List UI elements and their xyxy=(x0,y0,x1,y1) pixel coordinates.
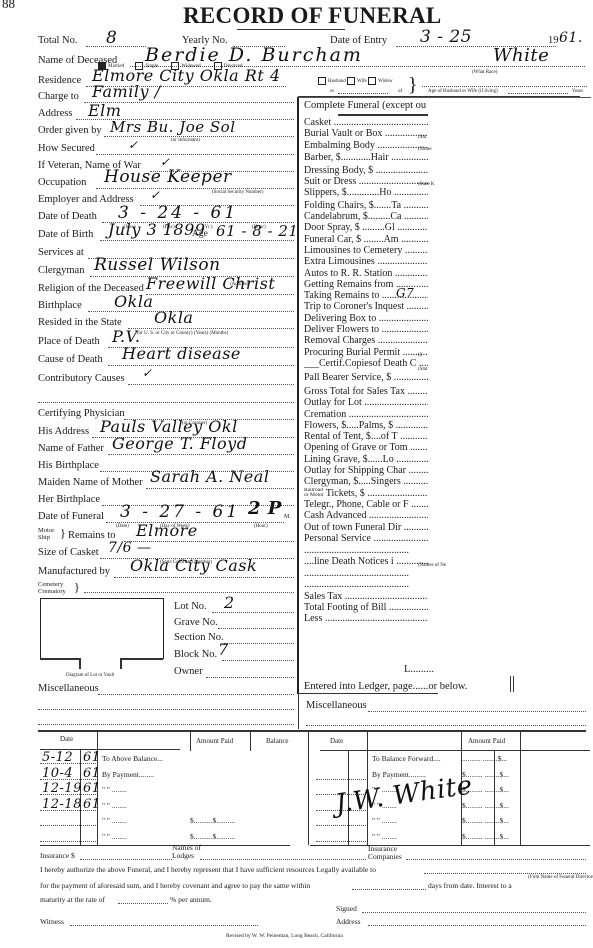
charge-item-note: (Name xyxy=(418,147,432,152)
charge-item[interactable]: ___Certif.Copiesof Death C .............… xyxy=(304,358,428,369)
remains-to-value[interactable]: Elmore xyxy=(136,521,198,540)
funeral-hour-value[interactable]: 2 P xyxy=(248,498,282,519)
name-of-father-label: Name of Father xyxy=(38,443,104,454)
signed-label: Signed xyxy=(336,904,357,913)
charge-item-label: Trip to Coroner's Inquest xyxy=(304,301,404,312)
leader-dots: ........................................… xyxy=(322,613,428,624)
ledger-right-desc: " " ........ xyxy=(372,816,397,825)
charge-item-label: Barber, $............Hair xyxy=(304,152,389,163)
railroad-motor-prefix: Railroador Motor xyxy=(304,488,324,499)
ledger-left-date-header: Date xyxy=(60,735,73,743)
social-security-caption: (Social Security Number) xyxy=(212,190,263,195)
leader-dots: ........................................… xyxy=(331,117,428,128)
leader-dots: ........................................… xyxy=(406,465,428,476)
his-address-label: His Address xyxy=(38,426,89,437)
charge-item[interactable]: Removal Charges ........................… xyxy=(304,335,428,346)
date-of-death-label: Date of Death xyxy=(38,211,97,222)
maturity-text: maturity at the rate of xyxy=(40,895,105,904)
place-of-death-label: Place of Death xyxy=(38,336,100,347)
race-caption: (What Race) xyxy=(472,70,497,75)
leader-dots: ........................................… xyxy=(395,222,428,233)
charge-item[interactable]: Funeral Car, $ ........Am ..............… xyxy=(304,234,428,245)
charge-item[interactable]: Pall Bearer Service, $ .................… xyxy=(304,372,428,383)
date-of-funeral-label: Date of Funeral xyxy=(38,511,104,522)
charge-item-label: Outlay for Lot xyxy=(304,397,362,408)
charge-item[interactable]: Sales Tax ..............................… xyxy=(304,591,428,602)
leader-dots: ........................................… xyxy=(373,165,428,176)
charge-item[interactable]: Autos to R. R. Station .................… xyxy=(304,268,428,279)
ledger-right-amount[interactable]: $......... ........$... xyxy=(462,832,509,841)
maiden-name-value[interactable]: Sarah A. Neal xyxy=(150,467,269,486)
leader-dots: ........................................… xyxy=(371,533,428,544)
charge-item[interactable]: Rental of Tent, $....of T ..............… xyxy=(304,431,428,442)
diagram-caption: Diagram of Lot or Vault xyxy=(66,673,114,678)
charge-item[interactable]: Personal Service .......................… xyxy=(304,533,428,544)
page-number: 88 xyxy=(2,0,15,12)
leader-dots: ........................................… xyxy=(394,454,428,465)
date-of-funeral-value[interactable]: 3 - 27 - 61 xyxy=(120,502,240,522)
leader-dots: ........................................… xyxy=(405,386,428,397)
charges-header: Complete Funeral (except ou xyxy=(304,100,426,111)
charge-item[interactable]: Barber, $............Hair ..............… xyxy=(304,152,428,163)
leader-dots: ........................................… xyxy=(304,579,409,590)
cemetery-crematory-label: CemeteryCrematory xyxy=(38,581,66,595)
year-value[interactable]: 61. xyxy=(559,30,583,46)
name-of-father-value[interactable]: George T. Floyd xyxy=(112,434,247,453)
charge-item-note: (Stat xyxy=(418,367,427,372)
charge-item[interactable]: Delivering Box to ......................… xyxy=(304,313,428,324)
charge-item-label: ....line Death Notices i xyxy=(304,556,394,567)
miscellaneous-label: Miscellaneous xyxy=(38,683,99,694)
leader-dots: ........................................… xyxy=(379,324,428,335)
balance-label: L......... xyxy=(404,664,434,675)
charge-item-label: Candelabrum, $.........Ca xyxy=(304,211,401,222)
brace: } xyxy=(408,74,418,97)
charge-item[interactable]: Embalming Body .........................… xyxy=(304,140,428,151)
ledger-right-amount-header: Amount Paid xyxy=(468,737,505,745)
charge-item[interactable]: Slippers, $.............Ho .............… xyxy=(304,187,428,198)
leader-dots: ........................................… xyxy=(375,256,428,267)
ledger-left-desc: " " ........ xyxy=(102,832,127,841)
contributory-causes-label: Contributory Causes xyxy=(38,373,125,384)
race-value[interactable]: White xyxy=(493,45,549,66)
charge-item[interactable]: Less ...................................… xyxy=(304,613,428,624)
address-label: Address xyxy=(38,108,72,119)
charge-item-label: Limousines to Cemetery xyxy=(304,245,402,256)
charge-item-label: Outlay for Shipping Char xyxy=(304,465,406,476)
ledger-left-amount-header: Amount Paid xyxy=(196,737,233,745)
revised-by: Revised by W. W. Peineman, Long Beach, C… xyxy=(226,933,343,939)
clergyman-label: Clergyman xyxy=(38,265,84,276)
charge-item-note: (State K xyxy=(418,182,435,187)
manufactured-by-label: Manufactured by xyxy=(38,566,110,577)
leader-dots: ........................................… xyxy=(304,568,409,579)
leader-dots: ........................................… xyxy=(404,301,428,312)
charge-item[interactable]: Suit or Dress ..........................… xyxy=(304,176,428,187)
insurance-label: Insurance $ xyxy=(40,851,75,860)
informant-caption: (or Informant) xyxy=(171,138,200,143)
motor-ship-label: MotorShip xyxy=(38,527,54,541)
leader-dots: ........................................… xyxy=(400,347,428,358)
grave-no-label: Grave No. xyxy=(174,617,218,628)
leader-dots: ........................................… xyxy=(346,409,428,420)
ledger-right-desc: " " ........ xyxy=(372,832,397,841)
charge-item-label: Slippers, $.............Ho xyxy=(304,187,392,198)
right-miscellaneous-label: Miscellaneous xyxy=(306,700,367,711)
charge-item-label: Rental of Tent, $....of T xyxy=(304,431,397,442)
size-of-casket-value[interactable]: 7/6 — xyxy=(108,540,151,556)
charge-item-label: ___Certif.Copiesof Death C xyxy=(304,358,416,369)
ledger-left-desc: To Above Balance... xyxy=(102,754,163,763)
charge-item-label: Lining Grave, $......Lo xyxy=(304,454,394,465)
order-given-by-label: Order given by xyxy=(38,125,102,136)
age-label: Age xyxy=(192,229,208,239)
page-title: RECORD OF FUNERAL xyxy=(183,3,442,29)
leader-dots: ........................................… xyxy=(365,488,428,499)
charge-item[interactable]: Telegr., Phone, Cable or F .............… xyxy=(304,499,428,510)
address-label-footer: Address xyxy=(336,917,361,926)
occupation-value[interactable]: House Keeper xyxy=(104,167,232,187)
resided-in-state-label: Resided in the State xyxy=(38,317,122,328)
owner-label: Owner xyxy=(174,666,203,677)
charge-item-label: Out of town Funeral Dir xyxy=(304,522,401,533)
meridian-label: M. xyxy=(284,514,291,520)
leader-dots: ........................................… xyxy=(392,187,429,198)
charge-item-label: Getting Remains from xyxy=(304,279,393,290)
charge-item-label: Deliver Flowers to xyxy=(304,324,379,335)
charge-item[interactable]: Clergyman, $.....Singers ...............… xyxy=(304,476,428,487)
charge-item-label: Tickets, $ xyxy=(326,488,365,499)
caption-hour: (Hour) xyxy=(254,524,268,529)
charge-item-label: Delivering Box to xyxy=(304,313,376,324)
clergyman-value[interactable]: Russel Wilson xyxy=(94,255,221,275)
charge-item[interactable]: Limousines to Cemetery .................… xyxy=(304,245,428,256)
title-underline xyxy=(237,29,345,30)
ledger-right-date-header: Date xyxy=(330,737,343,745)
checkbox-icon xyxy=(318,77,326,85)
ledger-left-amount[interactable]: $..........$.......... xyxy=(190,832,235,841)
maiden-name-label: Maiden Name of Mother xyxy=(38,477,143,488)
charge-item[interactable]: Lining Grave, $......Lo ................… xyxy=(304,454,428,465)
lodges-label: Names of Lodges xyxy=(172,844,202,860)
charge-item-note: (Names of Ne xyxy=(418,563,446,568)
leader-dots: ........................................… xyxy=(342,591,428,602)
charge-item-label: Sales Tax xyxy=(304,591,342,602)
total-no-label: Total No. xyxy=(38,35,78,46)
witness-field[interactable] xyxy=(70,925,258,926)
ledger-left-desc: " " ........ xyxy=(102,801,127,810)
date-of-entry-value[interactable]: 3 - 25 xyxy=(420,27,472,47)
charge-item-label: Folding Chairs, $.......Ta xyxy=(304,200,401,211)
charge-item-label: Opening of Grave or Tom xyxy=(304,442,408,453)
charge-item-label: Burial Vault or Box xyxy=(304,128,382,139)
residence-label: Residence xyxy=(38,75,81,86)
charge-item-label: Total Footing of Bill xyxy=(304,602,386,613)
birthplace-value[interactable]: Okla xyxy=(114,292,153,311)
ledger-entry-label: Entered into Ledger, page......or below. xyxy=(304,681,467,692)
charge-item-label: Funeral Car, $ ........Am xyxy=(304,234,399,245)
days-text: days from date. Interest to a xyxy=(428,881,512,890)
charge-item-label: Door Spray, $ .........Gl xyxy=(304,222,395,233)
charge-item-label: Personal Service xyxy=(304,533,371,544)
age-value[interactable]: 61 - 8 - 21 xyxy=(216,222,298,240)
charge-item[interactable]: Door Spray, $ .........Gl ..............… xyxy=(304,222,428,233)
lot-no-value[interactable]: 2 xyxy=(224,593,235,612)
charge-item[interactable]: Burial Vault or Box ....................… xyxy=(304,128,428,139)
authorize-text: I hereby authorize the above Funeral, an… xyxy=(40,865,376,874)
date-of-birth-label: Date of Birth xyxy=(38,229,93,240)
resided-in-state-value[interactable]: Okla xyxy=(154,308,193,327)
companies-label: Insurance Companies xyxy=(368,845,408,861)
charge-item[interactable]: Outlay for Shipping Char ...............… xyxy=(304,465,428,476)
charge-item[interactable]: Candelabrum, $.........Ca ..............… xyxy=(304,211,428,222)
lot-diagram xyxy=(40,598,164,659)
charge-item-label: Cash Advanced xyxy=(304,510,367,521)
checkbox-icon xyxy=(347,77,355,85)
years-label: Years xyxy=(572,89,583,94)
cause-of-death-value[interactable]: Heart disease xyxy=(122,344,241,363)
brace: } xyxy=(60,526,66,541)
charge-item[interactable]: Flowers, $.....Palms, $ ................… xyxy=(304,420,428,431)
charge-item-label: Cremation xyxy=(304,409,346,420)
leader-dots: ........................................… xyxy=(362,397,428,408)
charge-item[interactable]: Procuring Burial Permit ................… xyxy=(304,347,428,358)
leader-dots: ........................................… xyxy=(389,152,428,163)
charge-item[interactable]: ........................................… xyxy=(304,568,428,579)
of-label: of xyxy=(398,89,402,94)
charge-item-label: Procuring Burial Permit xyxy=(304,347,400,358)
manufactured-by-value[interactable]: Okla City Cask xyxy=(130,556,257,575)
services-at-label: Services at xyxy=(38,247,84,258)
charge-item-label: Suit or Dress xyxy=(304,176,356,187)
spouse-checkbox-group: Husband Wife Widow xyxy=(318,77,393,85)
charge-item-label: Autos to R. R. Station xyxy=(304,268,392,279)
leader-dots: ........................................… xyxy=(401,476,428,487)
charge-item[interactable]: Outlay for Lot .........................… xyxy=(304,397,428,408)
charge-item[interactable]: Opening of Grave or Tom ................… xyxy=(304,442,428,453)
charge-item[interactable]: Dressing Body, $ .......................… xyxy=(304,165,428,176)
leader-dots: ........................................… xyxy=(401,522,428,533)
wife-checkbox[interactable]: Wife xyxy=(347,79,367,84)
leader-dots: ........................................… xyxy=(399,234,428,245)
checkbox-icon xyxy=(368,77,376,85)
charge-item[interactable]: ........................................… xyxy=(304,579,428,590)
charge-item-label: Extra Limousines xyxy=(304,256,375,267)
or-label: or xyxy=(330,89,334,94)
firm-caption: (Firm Name of Funeral Directors. xyxy=(528,875,593,880)
charge-item[interactable]: Trip to Coroner's Inquest ..............… xyxy=(304,301,428,312)
section-no-label: Section No. xyxy=(174,632,224,643)
ledger-left-desc: " " ........ xyxy=(102,785,127,794)
charge-item-note: (Sta xyxy=(418,135,426,140)
leader-dots: ........................................… xyxy=(391,372,428,383)
how-secured-label: How Secured xyxy=(38,143,95,154)
ledger-left-desc: " " ........ xyxy=(102,816,127,825)
contributory-causes-value[interactable]: ✓ xyxy=(142,366,153,380)
husband-checkbox[interactable]: Husband xyxy=(318,79,346,84)
charge-item[interactable]: Cash Advanced ..........................… xyxy=(304,510,428,521)
charge-to-label: Charge to xyxy=(38,91,79,102)
ledger-right-desc: To Balance Forward.... xyxy=(372,754,441,763)
ledger-right-amount[interactable]: .......... ........$... xyxy=(462,754,507,763)
cause-of-death-label: Cause of Death xyxy=(38,354,103,365)
total-no-value[interactable]: 8 xyxy=(106,28,117,48)
leader-dots: ........................................… xyxy=(376,313,428,324)
brace: } xyxy=(74,580,80,595)
charge-item-label: Removal Charges xyxy=(304,335,375,346)
payment-text: for the payment of aforesaid sum, and I … xyxy=(40,881,310,890)
leader-dots: ........................................… xyxy=(401,200,428,211)
leader-dots: ........................................… xyxy=(367,510,429,521)
charge-item-label: Embalming Body xyxy=(304,140,375,151)
occupation-label: Occupation xyxy=(38,177,86,188)
charge-item-label: Gross Total for Sales Tax xyxy=(304,386,405,397)
charge-item-label: Casket xyxy=(304,117,331,128)
leader-dots: ........................................… xyxy=(402,245,428,256)
charge-item[interactable]: Railroador MotorTickets, $ .............… xyxy=(304,488,428,499)
charge-item-label: Less xyxy=(304,613,322,624)
charge-item[interactable]: Gross Total for Sales Tax ..............… xyxy=(304,386,428,397)
ledger-left-desc: By Payment........ xyxy=(102,770,154,779)
date-of-birth-value[interactable]: July 3 1899 xyxy=(108,220,205,239)
ledger-right-amount[interactable]: $......... ........$... xyxy=(462,801,509,810)
charge-item[interactable]: Cremation ..............................… xyxy=(304,409,428,420)
charge-item[interactable]: ........................................… xyxy=(304,545,428,556)
leader-dots: ........................................… xyxy=(304,545,409,556)
charge-item-label: Taking Remains to xyxy=(304,290,379,301)
how-secured-value[interactable]: ✓ xyxy=(128,138,139,152)
ledger-left-amount[interactable]: $..........$.......... xyxy=(190,816,235,825)
religion-value[interactable]: Freewill Christ xyxy=(146,274,275,293)
year-prefix: 19 xyxy=(548,35,559,46)
witness-label: Witness xyxy=(40,917,64,926)
leader-dots: ........................................… xyxy=(386,602,428,613)
age-spouse-label: Age of Husband or Wife (if living) xyxy=(428,89,498,94)
employer-value[interactable]: ✓ xyxy=(150,188,161,202)
charge-item-label: Dressing Body, $ xyxy=(304,165,373,176)
charge-item-label: Clergyman, $.....Singers xyxy=(304,476,401,487)
size-of-casket-label: Size of Casket xyxy=(38,547,99,558)
charge-item[interactable]: Extra Limousines .......................… xyxy=(304,256,428,267)
ledger-left-balance-header: Balance xyxy=(266,737,289,745)
lot-no-label: Lot No. xyxy=(174,601,207,612)
charge-item-label: Flowers, $.....Palms, $ xyxy=(304,420,393,431)
signed-field[interactable] xyxy=(362,912,586,913)
birthplace-label: Birthplace xyxy=(38,300,82,311)
leader-dots: ........................................… xyxy=(397,431,428,442)
charge-item[interactable]: Casket .................................… xyxy=(304,117,428,128)
leader-dots: ........................................… xyxy=(375,335,428,346)
ledger-right-amount[interactable]: $......... ........$... xyxy=(462,816,509,825)
per-annum-text: % per annum. xyxy=(170,895,212,904)
block-no-label: Block No. xyxy=(174,649,217,660)
charge-item[interactable]: Out of town Funeral Dir ................… xyxy=(304,522,428,533)
her-birthplace-label: Her Birthplace xyxy=(38,494,100,505)
charge-item[interactable]: Folding Chairs, $.......Ta .............… xyxy=(304,200,428,211)
charge-item-label: Telegr., Phone, Cable or F xyxy=(304,499,409,510)
resided-caption: (or U. S. or City or County) (Years) (Mo… xyxy=(137,331,228,336)
charge-item[interactable]: Total Footing of Bill ..................… xyxy=(304,602,428,613)
charge-to-value[interactable]: Family / xyxy=(92,82,160,101)
caption-date: (Date) xyxy=(116,524,129,529)
leader-dots: ........................................… xyxy=(392,268,428,279)
block-no-value[interactable]: 7 xyxy=(218,640,229,659)
charge-item-label: Pall Bearer Service, $ xyxy=(304,372,391,383)
charge-item-value[interactable]: G7 xyxy=(396,286,414,300)
leader-dots: ........................................… xyxy=(393,420,428,431)
charge-item-note: (S xyxy=(418,353,422,358)
charge-item[interactable]: ....line Death Notices i ...............… xyxy=(304,556,428,567)
leader-dots: ........................................… xyxy=(409,499,428,510)
address-field[interactable] xyxy=(368,925,586,926)
his-birthplace-label: His Birthplace xyxy=(38,460,99,471)
order-given-by-value[interactable]: Mrs Bu. Joe Sol xyxy=(110,118,236,136)
charge-item[interactable]: Deliver Flowers to .....................… xyxy=(304,324,428,335)
leader-dots: ........................................… xyxy=(401,211,428,222)
leader-dots: ........................................… xyxy=(408,442,428,453)
widow-checkbox[interactable]: Widow xyxy=(368,79,393,84)
